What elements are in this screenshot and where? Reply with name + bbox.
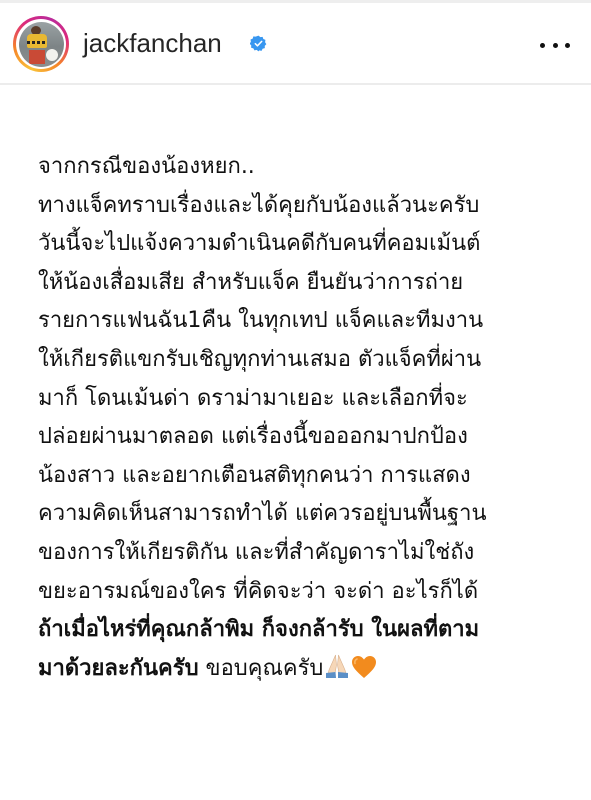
caption-line: ของการให้เกียรติกัน และที่สำคัญดาราไม่ใช… [38, 534, 578, 573]
caption-line: ให้เกียรติแขกรับเชิญทุกท่านเสมอ ตัวแจ็คท… [38, 341, 578, 380]
more-options-button[interactable] [540, 39, 570, 51]
avatar-plush [46, 49, 58, 61]
caption-line: ปล่อยผ่านมาตลอด แต่เรื่องนี้ขอออกมาปกป้อ… [38, 418, 578, 457]
caption-last-line: มาด้วยละกันครับ ขอบคุณครับ [38, 650, 578, 689]
caption-thanks: ขอบคุณครับ [199, 656, 324, 681]
username-link[interactable]: jackfanchan [83, 25, 222, 61]
caption-line: มาก็ โดนเม้นด่า ดราม่ามาเยอะ และเลือกที่… [38, 380, 578, 419]
caption-line: วันนี้จะไปแจ้งความดำเนินคดีกับคนที่คอมเม… [38, 225, 578, 264]
more-options-icon-dot [565, 43, 570, 48]
more-options-icon-dot [553, 43, 558, 48]
caption-line: ขยะอารมณ์ของใคร ที่คิดจะว่า จะด่า อะไรก็… [38, 573, 578, 612]
folded-hands-icon [325, 653, 349, 679]
caption-line: น้องสาว และอยากเตือนสติทุกคนว่า การแสดง [38, 457, 578, 496]
caption-line: ให้น้องเสื่อมเสีย สำหรับแจ็ค ยืนยันว่ากา… [38, 264, 578, 303]
avatar-gap [16, 19, 66, 69]
avatar-pants [29, 50, 45, 64]
avatar[interactable] [19, 22, 64, 67]
story-ring[interactable] [13, 16, 69, 72]
post-caption: จากกรณีของน้องหยก.. ทางแจ็คทราบเรื่องและ… [38, 148, 578, 688]
more-options-icon [540, 43, 545, 48]
caption-line: จากกรณีของน้องหยก.. [38, 148, 578, 187]
verified-badge-icon [250, 35, 267, 52]
post-header: jackfanchan [0, 3, 591, 85]
caption-line-bold: ถ้าเมื่อไหร่ที่คุณกล้าพิม ก็จงกล้ารับ ใน… [38, 611, 578, 650]
avatar-shirt-stripe [27, 41, 47, 44]
caption-line: รายการแฟนฉัน1คืน ในทุกเทป แจ็คและทีมงาน [38, 302, 578, 341]
orange-heart-icon [351, 655, 377, 679]
caption-line: ความคิดเห็นสามารถทำได้ แต่ควรอยู่บนพื้นฐ… [38, 495, 578, 534]
caption-line-bold: มาด้วยละกันครับ [38, 656, 199, 681]
caption-line: ทางแจ็คทราบเรื่องและได้คุยกับน้องแล้วนะค… [38, 187, 578, 226]
